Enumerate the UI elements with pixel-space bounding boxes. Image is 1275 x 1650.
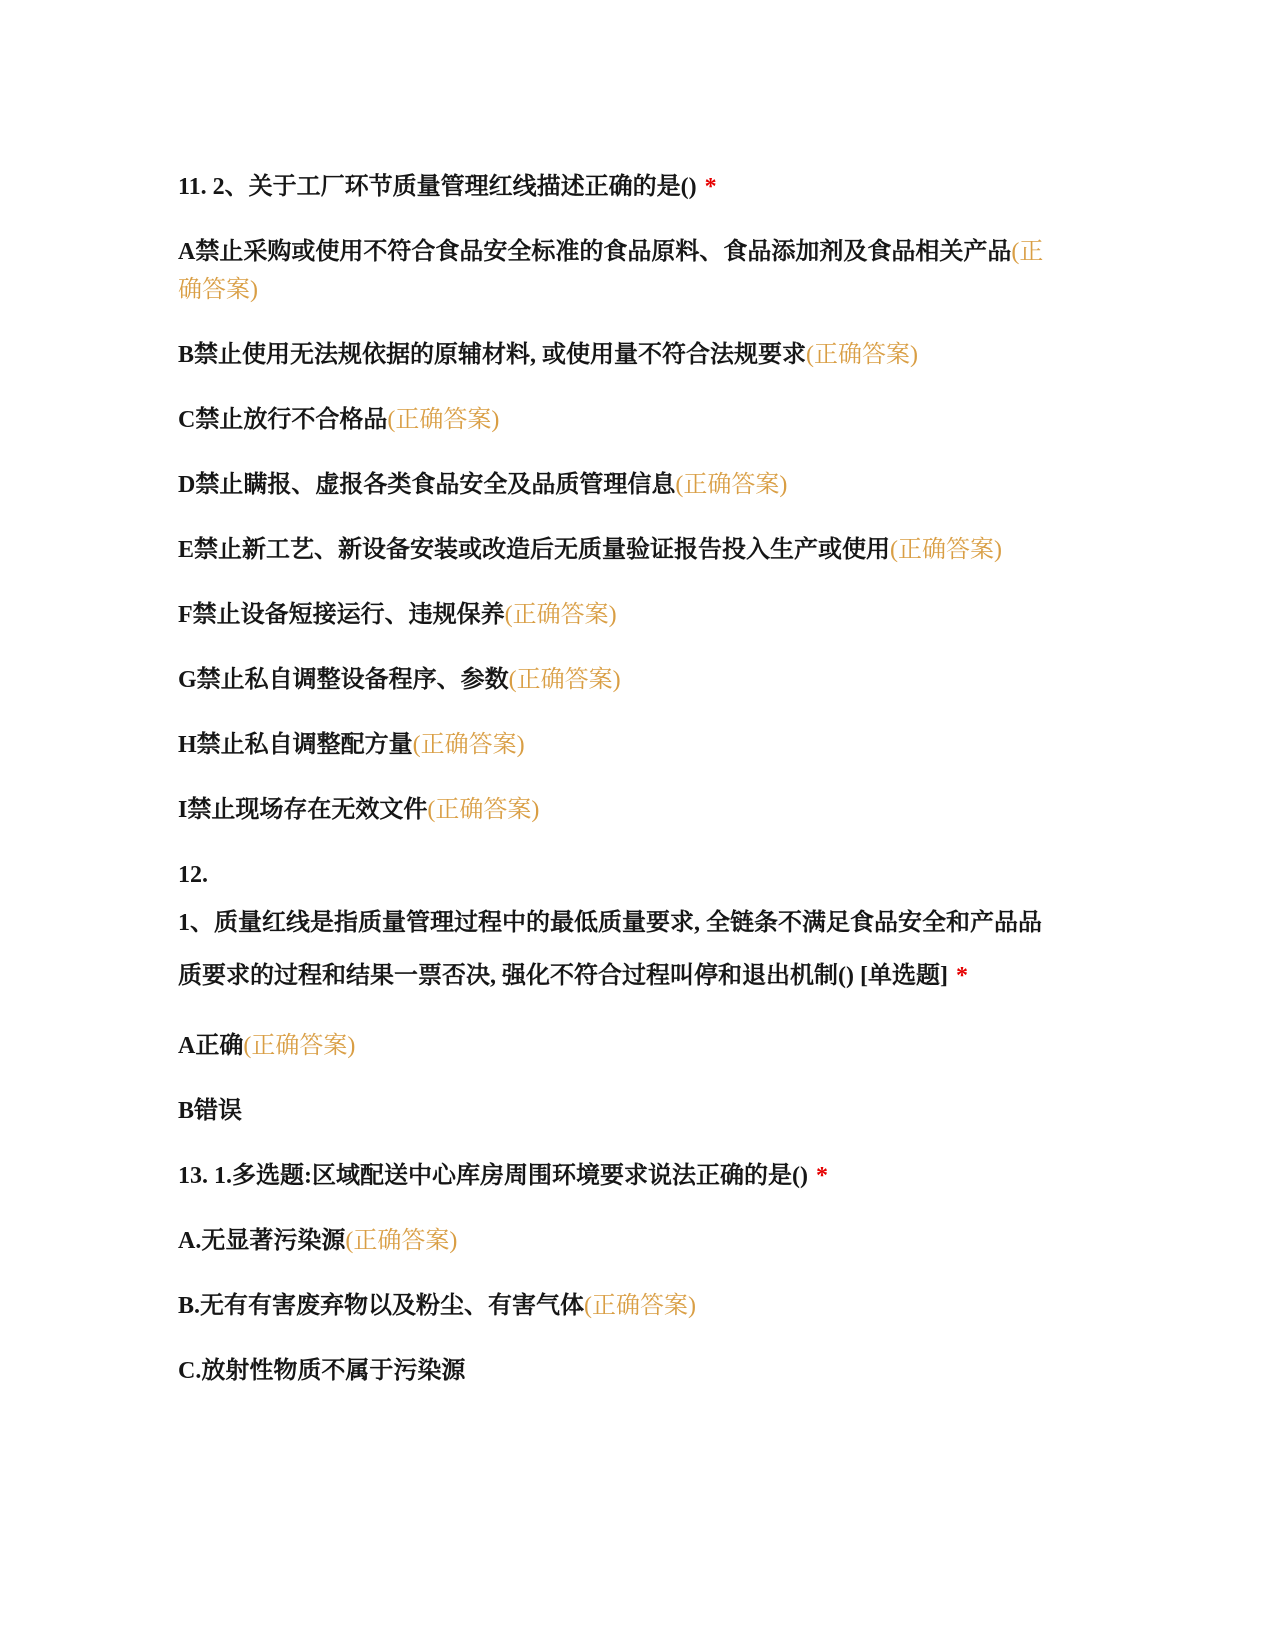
correct-answer-label: (正确答案) [505, 602, 617, 628]
question-text: 13. 1.多选题:区域配送中心库房周围环境要求说法正确的是() [178, 1163, 814, 1189]
q11-option-a: A禁止采购或使用不符合食品安全标准的食品原料、食品添加剂及食品相关产品(正确答案… [178, 233, 1062, 309]
correct-answer-label: (正确答案) [890, 537, 1002, 563]
option-text: B.无有有害废弃物以及粉尘、有害气体 [178, 1293, 584, 1319]
option-text: C禁止放行不合格品 [178, 407, 387, 433]
question-list: 11. 2、关于工厂环节质量管理红线描述正确的是() *A禁止采购或使用不符合食… [178, 168, 1062, 1390]
q13-option-b: B.无有有害废弃物以及粉尘、有害气体(正确答案) [178, 1287, 1062, 1325]
required-asterisk: * [705, 174, 717, 200]
q12-option-b: B错误 [178, 1092, 1062, 1130]
exam-document-page: 11. 2、关于工厂环节质量管理红线描述正确的是() *A禁止采购或使用不符合食… [0, 0, 1275, 1650]
q11-option-e: E禁止新工艺、新设备安装或改造后无质量验证报告投入生产或使用(正确答案) [178, 531, 1062, 569]
correct-answer-label: (正确答案) [509, 667, 621, 693]
option-text: I禁止现场存在无效文件 [178, 797, 427, 823]
question-text: 1、质量红线是指质量管理过程中的最低质量要求, 全链条不满足食品安全和产品品质要… [178, 910, 1042, 989]
option-text: A禁止采购或使用不符合食品安全标准的食品原料、食品添加剂及食品相关产品 [178, 239, 1011, 265]
question-12-1-statement: 1、质量红线是指质量管理过程中的最低质量要求, 全链条不满足食品安全和产品品质要… [178, 897, 1062, 1003]
option-text: H禁止私自调整配方量 [178, 732, 413, 758]
q13-option-c: C.放射性物质不属于污染源 [178, 1352, 1062, 1390]
option-text: C.放射性物质不属于污染源 [178, 1358, 465, 1384]
required-asterisk: * [956, 963, 968, 989]
q11-option-b: B禁止使用无法规依据的原辅材料, 或使用量不符合法规要求(正确答案) [178, 336, 1062, 374]
correct-answer-label: (正确答案) [413, 732, 525, 758]
required-asterisk: * [816, 1163, 828, 1189]
option-text: A.无显著污染源 [178, 1228, 345, 1254]
correct-answer-label: (正确答案) [806, 342, 918, 368]
q11-option-d: D禁止瞒报、虚报各类食品安全及品质管理信息(正确答案) [178, 466, 1062, 504]
q11-option-c: C禁止放行不合格品(正确答案) [178, 401, 1062, 439]
question-number-text: 12. [178, 862, 208, 888]
option-text: D禁止瞒报、虚报各类食品安全及品质管理信息 [178, 472, 675, 498]
correct-answer-label: (正确答案) [387, 407, 499, 433]
option-text: B错误 [178, 1098, 242, 1124]
correct-answer-label: (正确答案) [584, 1293, 696, 1319]
q13-option-a: A.无显著污染源(正确答案) [178, 1222, 1062, 1260]
correct-answer-label: (正确答案) [345, 1228, 457, 1254]
correct-answer-label: (正确答案) [675, 472, 787, 498]
q11-option-g: G禁止私自调整设备程序、参数(正确答案) [178, 661, 1062, 699]
q11-option-i: I禁止现场存在无效文件(正确答案) [178, 791, 1062, 829]
q11-option-h: H禁止私自调整配方量(正确答案) [178, 726, 1062, 764]
question-11-2-title: 11. 2、关于工厂环节质量管理红线描述正确的是() * [178, 168, 1062, 206]
option-text: A正确 [178, 1033, 243, 1059]
question-12-number: 12. [178, 856, 1062, 894]
option-text: B禁止使用无法规依据的原辅材料, 或使用量不符合法规要求 [178, 342, 806, 368]
q11-option-f: F禁止设备短接运行、违规保养(正确答案) [178, 596, 1062, 634]
correct-answer-label: (正确答案) [427, 797, 539, 823]
q12-option-a: A正确(正确答案) [178, 1027, 1062, 1065]
question-text: 11. 2、关于工厂环节质量管理红线描述正确的是() [178, 174, 703, 200]
option-text: G禁止私自调整设备程序、参数 [178, 667, 509, 693]
correct-answer-label: (正确答案) [243, 1033, 355, 1059]
question-13-1-title: 13. 1.多选题:区域配送中心库房周围环境要求说法正确的是() * [178, 1157, 1062, 1195]
option-text: F禁止设备短接运行、违规保养 [178, 602, 505, 628]
option-text: E禁止新工艺、新设备安装或改造后无质量验证报告投入生产或使用 [178, 537, 890, 563]
